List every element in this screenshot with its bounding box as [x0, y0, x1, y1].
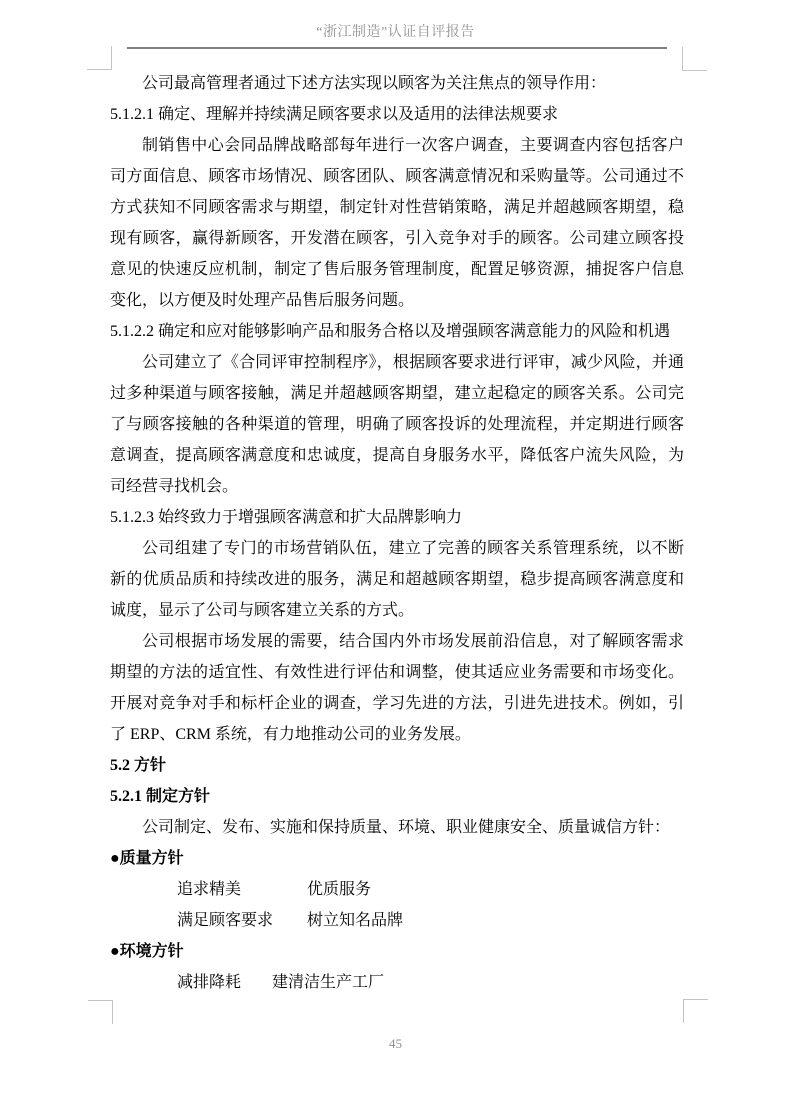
- paragraph-4-line: 期望的方法的适宜性、有效性进行评估和调整，使其适应业务需要和市场变化。: [110, 657, 684, 688]
- paragraph-2-line: 意调查，提高顾客满意度和忠诚度，提高自身服务水平，降低客户流失风险，为公: [110, 440, 684, 471]
- page-number: 45: [0, 1036, 791, 1052]
- section-heading-5-2: 5.2 方针: [110, 750, 684, 781]
- paragraph-1-line: 现有顾客，赢得新顾客，开发潜在顾客，引入竞争对手的顾客。公司建立顾客投诉: [110, 223, 684, 254]
- env-policy-heading: ●环境方针: [110, 936, 684, 967]
- header-title: “浙江制造”认证自评报告: [0, 21, 791, 41]
- policy-item-right: 树立知名品牌: [307, 912, 403, 929]
- crop-mark-bottom-left: [88, 1000, 113, 1024]
- paragraph-3-line: 新的优质品质和持续改进的服务，满足和超越顾客期望，稳步提高顾客满意度和忠: [110, 564, 684, 595]
- paragraph-4-line: 公司根据市场发展的需要，结合国内外市场发展前沿信息，对了解顾客需求和: [110, 626, 684, 657]
- quality-policy-heading: ●质量方针: [110, 843, 684, 874]
- paragraph-4-line: 开展对竞争对手和标杆企业的调查，学习先进的方法，引进先进技术。例如，引入: [110, 688, 684, 719]
- paragraph-3-line: 诚度，显示了公司与顾客建立关系的方式。: [110, 595, 684, 626]
- paragraph-4-line: 了 ERP、CRM 系统，有力地推动公司的业务发展。: [110, 719, 684, 750]
- policy-intro-line: 公司制定、发布、实施和保持质量、环境、职业健康安全、质量诚信方针：: [110, 812, 684, 843]
- crop-mark-top-right: [682, 47, 707, 71]
- paragraph-1-line: 变化，以方便及时处理产品售后服务问题。: [110, 285, 684, 316]
- crop-mark-bottom-right: [683, 999, 708, 1023]
- paragraph-2-line: 过多种渠道与顾客接触，满足并超越顾客期望，建立起稳定的顾客关系。公司完善: [110, 378, 684, 409]
- policy-item-left: 追求精美: [177, 874, 303, 905]
- section-heading-5-1-2-1: 5.1.2.1 确定、理解并持续满足顾客要求以及适用的法律法规要求: [110, 99, 684, 130]
- policy-item-right: 优质服务: [307, 881, 371, 898]
- section-heading-5-1-2-3: 5.1.2.3 始终致力于增强顾客满意和扩大品牌影响力: [110, 502, 684, 533]
- paragraph-2-line: 司经营寻找机会。: [110, 471, 684, 502]
- paragraph-1-line: 制销售中心会同品牌战略部每年进行一次客户调查，主要调查内容包括客户公: [110, 130, 684, 161]
- header-rule: [127, 47, 667, 49]
- quality-policy-row: 追求精美 优质服务: [110, 874, 684, 905]
- paragraph-1-line: 方式获知不同顾客需求与期望，制定针对性营销策略，满足并超越顾客期望，稳固: [110, 192, 684, 223]
- paragraph-2-line: 了与顾客接触的各种渠道的管理，明确了顾客投诉的处理流程，并定期进行顾客满: [110, 409, 684, 440]
- policy-item-left: 减排降耗: [177, 967, 268, 998]
- crop-mark-top-left: [87, 46, 112, 70]
- quality-policy-row: 满足顾客要求 树立知名品牌: [110, 905, 684, 936]
- section-heading-5-1-2-2: 5.1.2.2 确定和应对能够影响产品和服务合格以及增强顾客满意能力的风险和机遇: [110, 316, 684, 347]
- intro-line: 公司最高管理者通过下述方法实现以顾客为关注焦点的领导作用：: [110, 68, 684, 99]
- paragraph-1-line: 司方面信息、顾客市场情况、顾客团队、顾客满意情况和采购量等。公司通过不同: [110, 161, 684, 192]
- document-body: 公司最高管理者通过下述方法实现以顾客为关注焦点的领导作用： 5.1.2.1 确定…: [110, 68, 684, 998]
- section-heading-5-2-1: 5.2.1 制定方针: [110, 781, 684, 812]
- env-policy-row: 减排降耗 建清洁生产工厂: [110, 967, 684, 998]
- policy-item-right: 建清洁生产工厂: [272, 974, 384, 991]
- paragraph-3-line: 公司组建了专门的市场营销队伍，建立了完善的顾客关系管理系统，以不断创: [110, 533, 684, 564]
- paragraph-1-line: 意见的快速反应机制，制定了售后服务管理制度，配置足够资源，捕捉客户信息及: [110, 254, 684, 285]
- paragraph-2-line: 公司建立了《合同评审控制程序》，根据顾客要求进行评审，减少风险，并通: [110, 347, 684, 378]
- document-page: “浙江制造”认证自评报告 公司最高管理者通过下述方法实现以顾客为关注焦点的领导作…: [0, 0, 791, 1096]
- policy-item-left: 满足顾客要求: [177, 905, 303, 936]
